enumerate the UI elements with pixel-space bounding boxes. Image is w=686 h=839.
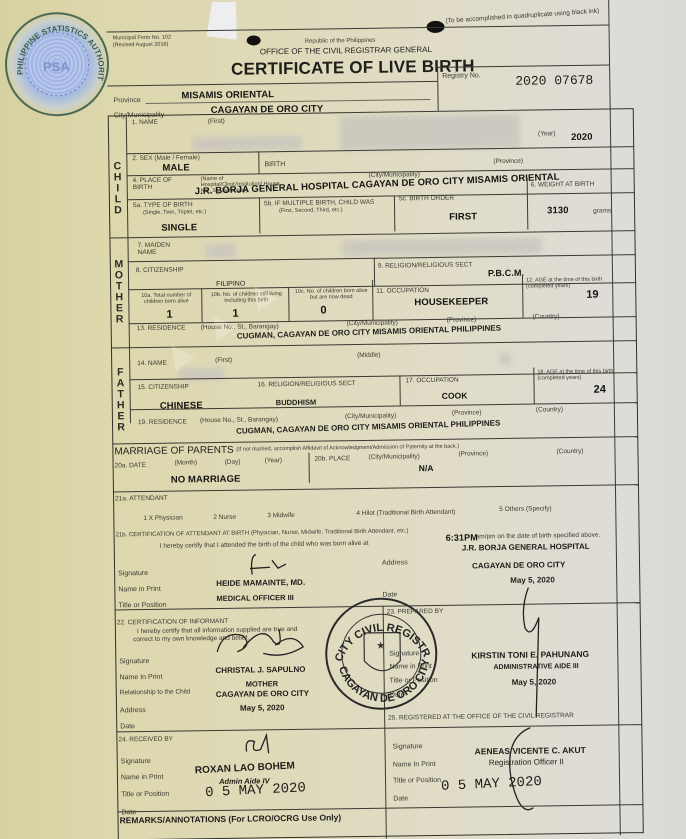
- office-label: OFFICE OF THE CIVIL REGISTRAR GENERAL: [260, 45, 432, 56]
- mother-occupation-label: 11. OCCUPATION: [376, 287, 429, 295]
- informant-date-label: Date: [120, 723, 135, 730]
- marriage-date-label: 20a. DATE: [115, 462, 146, 469]
- father-first-sublabel: (First): [215, 357, 232, 364]
- child-year-sublabel: (Year): [538, 130, 556, 137]
- attendant-option-physician[interactable]: 1 X Physician: [143, 514, 182, 522]
- section-label-child: CHILD: [111, 161, 124, 216]
- child-place-label: 4. PLACE OF BIRTH: [133, 176, 183, 191]
- top-note: (To be accomplished in quadruplicate usi…: [445, 8, 599, 25]
- civil-registrar-stamp: ★ CITY CIVIL REGISTRAR CAGAYAN DE ORO CI…: [324, 597, 438, 711]
- child-weight-label: 6. WEIGHT AT BIRTH: [531, 181, 595, 189]
- father-city-sublabel: (City/Municipality): [345, 412, 396, 420]
- child-sex-label: 2. SEX (Male / Female): [132, 154, 200, 162]
- marriage-day-sublabel: (Day): [225, 459, 241, 466]
- attendant-name-value: HEIDE MAMAINTE, MD.: [216, 578, 305, 588]
- paper-tab: [206, 2, 237, 40]
- child-birth-order: FIRST: [449, 211, 477, 222]
- attendant-signature-label: Signature: [118, 570, 148, 577]
- registered-title-value: Registration Officer II: [489, 757, 564, 767]
- attendant-option-midwife[interactable]: 3 Midwife: [267, 512, 295, 519]
- child-type-label: 5a. TYPE OF BIRTH: [133, 201, 193, 209]
- punch-hole: [247, 35, 261, 45]
- stamp-ring-text: CITY CIVIL REGISTRAR CAGAYAN DE ORO CITY: [327, 599, 441, 713]
- mother-religion-label: 9. RELIGION/RELIGIOUS SECT: [378, 261, 473, 269]
- received-name-label: Name in Print: [121, 774, 163, 782]
- attendant-option-nurse[interactable]: 2 Nurse: [213, 514, 236, 521]
- marriage-year-sublabel: (Year): [265, 457, 283, 464]
- redacted-child-first-name: [192, 136, 302, 152]
- mother-age-value: 19: [586, 289, 599, 301]
- received-title-label: Title or Position: [121, 791, 169, 799]
- child-order-label: 5c. BIRTH ORDER: [399, 195, 454, 203]
- attendant-title-value: MEDICAL OFFICER III: [216, 593, 293, 603]
- marriage-country-sublabel: (Country): [556, 448, 583, 455]
- attendant-signature: [246, 550, 296, 577]
- attendant-option-hilot[interactable]: 4 Hilot (Traditional Birth Attendant): [356, 509, 455, 517]
- attendant-birth-time: 6:31PM: [446, 532, 478, 542]
- received-signature-label: Signature: [121, 758, 151, 765]
- father-age-label: 18. AGE at the time of this birth (compl…: [537, 368, 633, 381]
- registry-label: Registry No.: [442, 72, 481, 80]
- informant-address-label: Address: [120, 707, 146, 714]
- svg-text:CAGAYAN DE ORO CITY: CAGAYAN DE ORO CITY: [336, 657, 433, 705]
- mother-dead-label: 10c. No. of children born alive but are …: [292, 288, 370, 301]
- marriage-month-sublabel: (Month): [175, 459, 198, 466]
- section-label-mother: MOTHER: [113, 259, 126, 325]
- svg-text:CITY CIVIL REGISTRAR: CITY CIVIL REGISTRAR: [327, 599, 433, 664]
- father-age-value: 24: [594, 384, 607, 396]
- redacted-mother-last: [341, 237, 541, 256]
- child-dob-label: BIRTH: [264, 161, 285, 168]
- section-label-father: FATHER: [114, 367, 127, 433]
- received-label: 24. RECEIVED BY: [118, 736, 173, 744]
- child-weight-unit: grams: [593, 207, 611, 214]
- received-signature: [240, 731, 280, 760]
- province-label: Province: [113, 97, 140, 104]
- father-occupation-label: 17. OCCUPATION: [405, 377, 458, 385]
- psa-seal: PHILIPPINE STATISTICS AUTHORITY PSA: [4, 11, 109, 116]
- mother-age-label: 12. AGE at the time of this birth (compl…: [526, 276, 626, 289]
- redacted-father-last: [499, 353, 511, 365]
- birth-certificate-document: PHILIPPINE STATISTICS AUTHORITY PSA (To …: [0, 0, 686, 839]
- registered-name-label: Name In Print: [393, 761, 436, 769]
- father-residence-sublabel: (House No., St., Barangay): [200, 416, 278, 424]
- psa-seal-center: PSA: [43, 59, 70, 74]
- page-title: CERTIFICATE OF LIVE BIRTH: [231, 56, 475, 79]
- informant-relationship-label: Relationship to the Child: [120, 688, 191, 696]
- marriage-date-value: NO MARRIAGE: [171, 474, 241, 486]
- mother-religion-value: P.B.C.M.: [488, 268, 524, 279]
- informant-name-value: CHRISTAL J. SAPULNO: [215, 665, 305, 675]
- father-citizenship-value: CHINESE: [160, 400, 203, 412]
- attendant-option-others[interactable]: 5 Others (Specify): [499, 505, 551, 513]
- registered-signature-label: Signature: [393, 743, 423, 750]
- informant-signature: [213, 621, 314, 662]
- registry-number: 2020 07678: [515, 73, 593, 89]
- father-occupation-value: COOK: [442, 390, 468, 400]
- mother-dead-value: 0: [320, 304, 326, 316]
- child-birth-type: SINGLE: [161, 222, 197, 234]
- attendant-address-line2: CAGAYAN DE ORO CITY: [472, 560, 565, 570]
- informant-signature-label: Signature: [119, 658, 149, 665]
- father-residence-label: 19. RESIDENCE: [138, 418, 187, 426]
- child-multiple-sublabel: (First, Second, Third, etc.): [279, 207, 343, 214]
- child-weight-value: 3130: [547, 205, 569, 216]
- registered-title-label: Title or Position: [393, 777, 441, 785]
- child-first-sublabel: (First): [208, 118, 225, 125]
- attendant-label: 21a. ATTENDANT: [115, 495, 168, 503]
- father-province-sublabel: (Province): [452, 409, 482, 416]
- informant-relationship-value: MOTHER: [246, 679, 279, 688]
- mother-born-alive-label: 10a. Total number of children born alive: [132, 292, 200, 305]
- informant-name-label: Name In Print: [120, 674, 163, 682]
- father-country-sublabel: (Country): [536, 406, 563, 413]
- informant-address-value: CAGAYAN DE ORO CITY: [216, 689, 309, 699]
- form-number: Municipal Form No. 102: [113, 35, 171, 42]
- form-revision: (Revised August 2016): [113, 42, 169, 49]
- redacted-child-last-name: [340, 114, 520, 151]
- republic-label: Republic of the Philippines: [305, 38, 376, 45]
- child-type-sublabel: (Single, Twin, Triplet, etc.): [143, 209, 206, 216]
- registered-name-value: AENEAS VICENTE C. AKUT: [475, 745, 586, 757]
- marriage-place-value: N/A: [419, 463, 434, 473]
- father-religion-label: 16. RELIGION/RELIGIOUS SECT: [257, 380, 355, 388]
- marriage-province-sublabel: (Province): [458, 450, 488, 457]
- mother-maiden-label: 7. MAIDEN NAME: [137, 242, 173, 257]
- mother-occupation-value: HOUSEKEEPER: [414, 296, 488, 308]
- mother-citizenship-label: 8. CITIZENSHIP: [136, 266, 184, 274]
- father-middle-sublabel: (Middle): [357, 352, 381, 359]
- mother-country-sublabel: (Country): [533, 313, 560, 320]
- redacted-mother-first: [206, 244, 236, 258]
- marriage-place-label: 20b. PLACE: [314, 455, 350, 462]
- mother-born-alive-value: 1: [166, 309, 172, 321]
- marriage-city-sublabel: (City/Municipality): [368, 453, 419, 461]
- attendant-name-label: Name in Print: [118, 586, 160, 594]
- father-citizenship-label: 15. CITIZENSHIP: [137, 383, 188, 391]
- mother-province-sublabel: (Province): [447, 316, 477, 323]
- child-sex-value: MALE: [162, 162, 189, 173]
- province-value: MISAMIS ORIENTAL: [181, 89, 274, 101]
- attendant-address-label: Address: [382, 559, 408, 566]
- registered-date-label: Date: [393, 795, 408, 802]
- informant-date-value: May 5, 2020: [240, 703, 285, 713]
- marriage-heading: MARRIAGE OF PARENTS: [114, 445, 233, 458]
- child-birth-year: 2020: [571, 132, 593, 143]
- child-name-label: 1. NAME: [132, 119, 158, 126]
- child-province-sublabel: (Province): [493, 158, 523, 165]
- attendant-address-line1: J.R. BORJA GENERAL HOSPITAL: [462, 542, 590, 553]
